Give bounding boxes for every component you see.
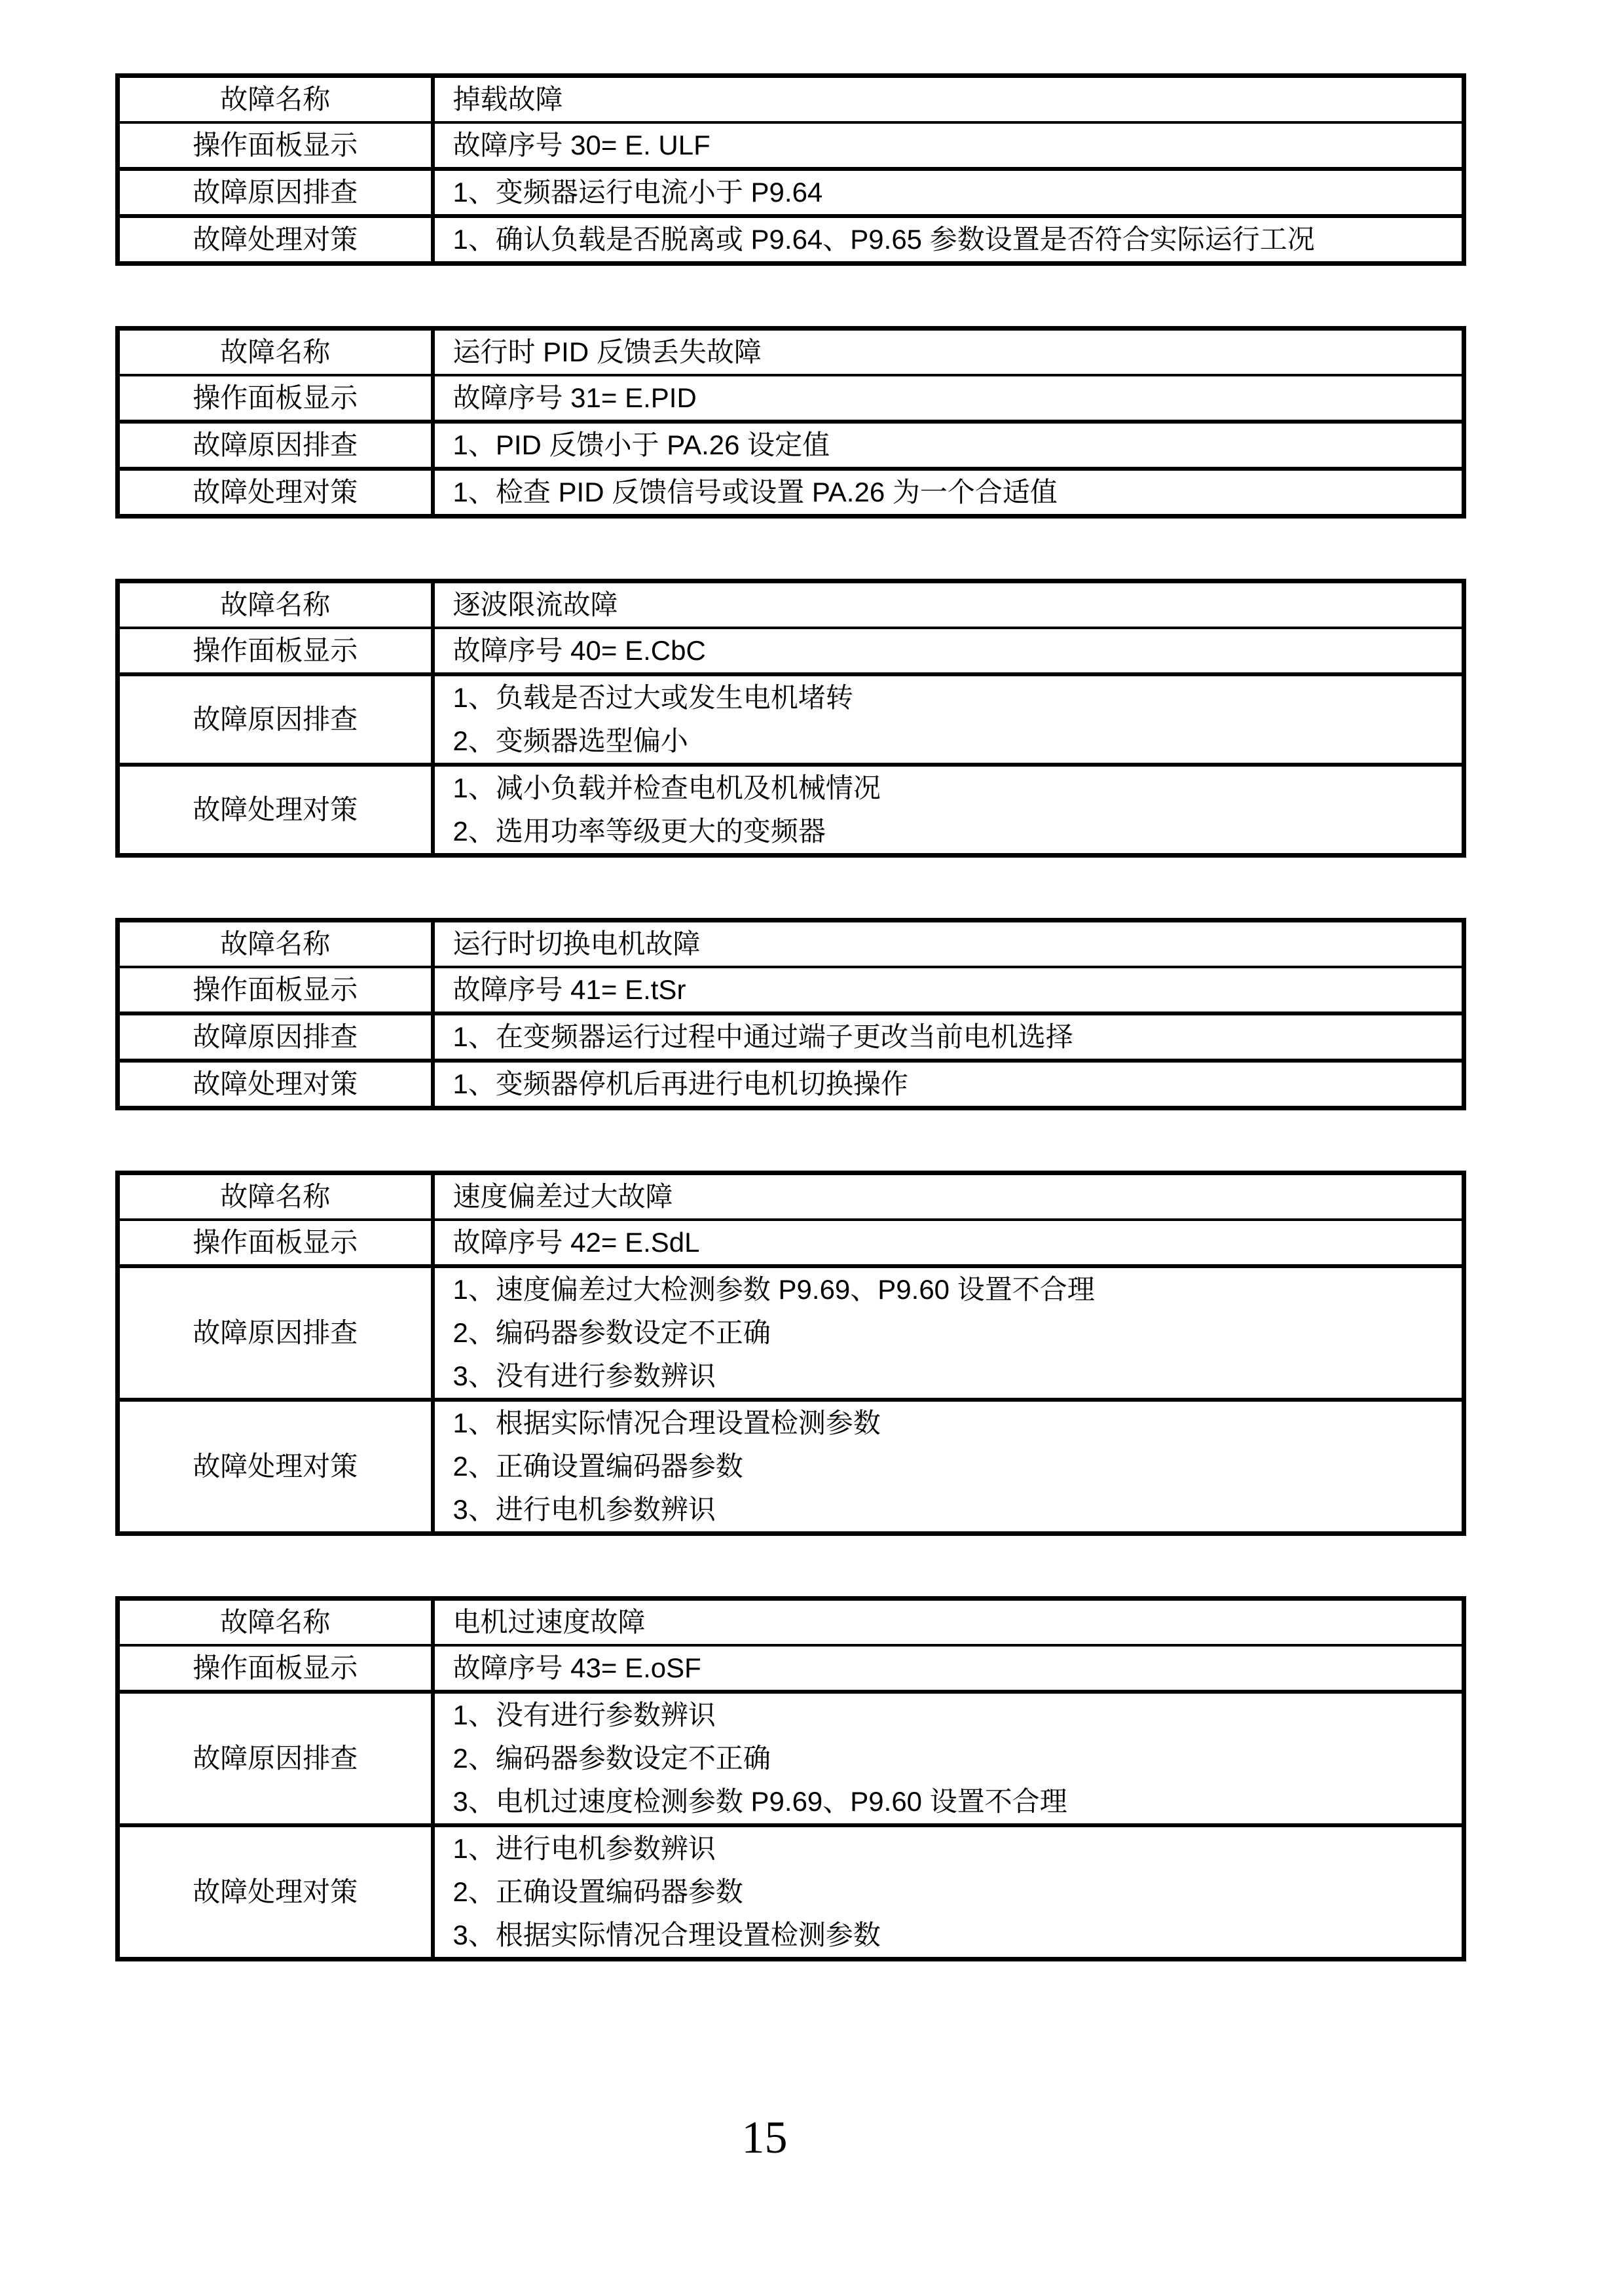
content-line: 1、在变频器运行过程中通过端子更改当前电机选择 [453, 1015, 1457, 1059]
table-row: 故障处理对策 1、确认负载是否脱离或 P9.64、P9.65 参数设置是否符合实… [118, 216, 1464, 264]
content-line: 1、速度偏差过大检测参数 P9.69、P9.60 设置不合理 [453, 1268, 1457, 1311]
fault-table: 故障名称 电机过速度故障 操作面板显示 故障序号 43= E.oSF 故障原因排… [115, 1596, 1466, 1961]
row-content: 1、速度偏差过大检测参数 P9.69、P9.60 设置不合理2、编码器参数设定不… [433, 1266, 1464, 1400]
content-line: 1、变频器停机后再进行电机切换操作 [453, 1063, 1457, 1106]
row-label: 故障原因排查 [118, 1266, 433, 1400]
row-label: 故障原因排查 [118, 1013, 433, 1061]
content-line: 1、确认负载是否脱离或 P9.64、P9.65 参数设置是否符合实际运行工况 [453, 218, 1457, 261]
page-number: 15 [89, 2112, 1440, 2164]
row-content: 1、PID 反馈小于 PA.26 设定值 [433, 422, 1464, 469]
row-content: 故障序号 30= E. ULF [433, 122, 1464, 169]
content-line: 3、电机过速度检测参数 P9.69、P9.60 设置不合理 [453, 1780, 1457, 1823]
row-label: 故障名称 [118, 1173, 433, 1220]
content-line: 运行时 PID 反馈丢失故障 [453, 331, 1457, 374]
row-content: 掉载故障 [433, 76, 1464, 123]
content-line: 2、正确设置编码器参数 [453, 1870, 1457, 1914]
content-line: 3、没有进行参数辨识 [453, 1355, 1457, 1398]
content-line: 故障序号 43= E.oSF [453, 1647, 1457, 1690]
content-line: 故障序号 30= E. ULF [453, 124, 1457, 167]
row-label: 操作面板显示 [118, 1645, 433, 1692]
content-line: 1、检查 PID 反馈信号或设置 PA.26 为一个合适值 [453, 471, 1457, 514]
row-label: 操作面板显示 [118, 375, 433, 422]
row-label: 操作面板显示 [118, 628, 433, 674]
table-row: 故障处理对策 1、检查 PID 反馈信号或设置 PA.26 为一个合适值 [118, 469, 1464, 517]
row-label: 操作面板显示 [118, 1220, 433, 1266]
row-label: 操作面板显示 [118, 122, 433, 169]
row-content: 1、检查 PID 反馈信号或设置 PA.26 为一个合适值 [433, 469, 1464, 517]
row-content: 速度偏差过大故障 [433, 1173, 1464, 1220]
row-label: 故障处理对策 [118, 1061, 433, 1108]
table-row: 故障原因排查 1、负载是否过大或发生电机堵转2、变频器选型偏小 [118, 674, 1464, 765]
content-line: 运行时切换电机故障 [453, 922, 1457, 966]
row-label: 故障处理对策 [118, 1825, 433, 1959]
content-line: 电机过速度故障 [453, 1601, 1457, 1644]
table-row: 故障名称 速度偏差过大故障 [118, 1173, 1464, 1220]
row-label: 故障名称 [118, 1599, 433, 1646]
row-content: 运行时 PID 反馈丢失故障 [433, 329, 1464, 376]
row-label: 故障处理对策 [118, 469, 433, 517]
content-line: 1、负载是否过大或发生电机堵转 [453, 676, 1457, 720]
table-row: 故障原因排查 1、没有进行参数辨识2、编码器参数设定不正确3、电机过速度检测参数… [118, 1692, 1464, 1825]
row-label: 故障处理对策 [118, 216, 433, 264]
row-content: 故障序号 42= E.SdL [433, 1220, 1464, 1266]
fault-tables: 故障名称 掉载故障 操作面板显示 故障序号 30= E. ULF 故障原因排查 … [115, 73, 1466, 1961]
content-line: 1、PID 反馈小于 PA.26 设定值 [453, 424, 1457, 467]
content-line: 1、变频器运行电流小于 P9.64 [453, 171, 1457, 214]
fault-table: 故障名称 逐波限流故障 操作面板显示 故障序号 40= E.CbC 故障原因排查… [115, 579, 1466, 858]
row-label: 故障名称 [118, 76, 433, 123]
content-line: 逐波限流故障 [453, 583, 1457, 627]
row-content: 1、变频器运行电流小于 P9.64 [433, 169, 1464, 216]
table-row: 故障原因排查 1、速度偏差过大检测参数 P9.69、P9.60 设置不合理2、编… [118, 1266, 1464, 1400]
content-line: 故障序号 42= E.SdL [453, 1221, 1457, 1264]
table-row: 故障原因排查 1、变频器运行电流小于 P9.64 [118, 169, 1464, 216]
row-content: 故障序号 31= E.PID [433, 375, 1464, 422]
content-line: 掉载故障 [453, 78, 1457, 121]
content-line: 3、根据实际情况合理设置检测参数 [453, 1914, 1457, 1957]
row-label: 故障名称 [118, 581, 433, 629]
row-content: 1、变频器停机后再进行电机切换操作 [433, 1061, 1464, 1108]
row-content: 电机过速度故障 [433, 1599, 1464, 1646]
content-line: 故障序号 40= E.CbC [453, 629, 1457, 672]
row-label: 故障原因排查 [118, 422, 433, 469]
row-label: 操作面板显示 [118, 967, 433, 1013]
row-content: 1、减小负载并检查电机及机械情况2、选用功率等级更大的变频器 [433, 765, 1464, 856]
row-content: 1、确认负载是否脱离或 P9.64、P9.65 参数设置是否符合实际运行工况 [433, 216, 1464, 264]
row-label: 故障名称 [118, 329, 433, 376]
row-label: 故障处理对策 [118, 765, 433, 856]
table-row: 故障名称 运行时 PID 反馈丢失故障 [118, 329, 1464, 376]
row-content: 1、没有进行参数辨识2、编码器参数设定不正确3、电机过速度检测参数 P9.69、… [433, 1692, 1464, 1825]
table-row: 故障原因排查 1、PID 反馈小于 PA.26 设定值 [118, 422, 1464, 469]
table-row: 故障处理对策 1、变频器停机后再进行电机切换操作 [118, 1061, 1464, 1108]
content-line: 2、变频器选型偏小 [453, 720, 1457, 763]
table-row: 故障处理对策 1、根据实际情况合理设置检测参数2、正确设置编码器参数3、进行电机… [118, 1400, 1464, 1534]
content-line: 3、进行电机参数辨识 [453, 1488, 1457, 1531]
table-row: 操作面板显示 故障序号 41= E.tSr [118, 967, 1464, 1013]
fault-table: 故障名称 运行时切换电机故障 操作面板显示 故障序号 41= E.tSr 故障原… [115, 918, 1466, 1110]
table-row: 操作面板显示 故障序号 42= E.SdL [118, 1220, 1464, 1266]
table-row: 故障原因排查 1、在变频器运行过程中通过端子更改当前电机选择 [118, 1013, 1464, 1061]
row-content: 故障序号 40= E.CbC [433, 628, 1464, 674]
content-line: 2、选用功率等级更大的变频器 [453, 810, 1457, 853]
table-row: 故障名称 运行时切换电机故障 [118, 920, 1464, 968]
row-content: 故障序号 43= E.oSF [433, 1645, 1464, 1692]
row-content: 1、在变频器运行过程中通过端子更改当前电机选择 [433, 1013, 1464, 1061]
row-content: 1、进行电机参数辨识2、正确设置编码器参数3、根据实际情况合理设置检测参数 [433, 1825, 1464, 1959]
content-line: 1、根据实际情况合理设置检测参数 [453, 1402, 1457, 1445]
content-line: 故障序号 41= E.tSr [453, 968, 1457, 1011]
row-content: 1、根据实际情况合理设置检测参数2、正确设置编码器参数3、进行电机参数辨识 [433, 1400, 1464, 1534]
row-content: 逐波限流故障 [433, 581, 1464, 629]
row-label: 故障处理对策 [118, 1400, 433, 1534]
content-line: 速度偏差过大故障 [453, 1175, 1457, 1218]
content-line: 1、没有进行参数辨识 [453, 1694, 1457, 1737]
row-label: 故障原因排查 [118, 1692, 433, 1825]
table-row: 故障名称 逐波限流故障 [118, 581, 1464, 629]
content-line: 2、正确设置编码器参数 [453, 1445, 1457, 1488]
page-content: 故障名称 掉载故障 操作面板显示 故障序号 30= E. ULF 故障原因排查 … [115, 0, 1466, 2164]
row-content: 1、负载是否过大或发生电机堵转2、变频器选型偏小 [433, 674, 1464, 765]
table-row: 故障处理对策 1、减小负载并检查电机及机械情况2、选用功率等级更大的变频器 [118, 765, 1464, 856]
table-row: 故障处理对策 1、进行电机参数辨识2、正确设置编码器参数3、根据实际情况合理设置… [118, 1825, 1464, 1959]
table-row: 故障名称 掉载故障 [118, 76, 1464, 123]
row-content: 故障序号 41= E.tSr [433, 967, 1464, 1013]
fault-table: 故障名称 运行时 PID 反馈丢失故障 操作面板显示 故障序号 31= E.PI… [115, 326, 1466, 519]
row-label: 故障名称 [118, 920, 433, 968]
table-row: 操作面板显示 故障序号 43= E.oSF [118, 1645, 1464, 1692]
content-line: 2、编码器参数设定不正确 [453, 1737, 1457, 1780]
row-label: 故障原因排查 [118, 169, 433, 216]
row-content: 运行时切换电机故障 [433, 920, 1464, 968]
fault-table: 故障名称 速度偏差过大故障 操作面板显示 故障序号 42= E.SdL 故障原因… [115, 1171, 1466, 1536]
table-row: 故障名称 电机过速度故障 [118, 1599, 1464, 1646]
table-row: 操作面板显示 故障序号 30= E. ULF [118, 122, 1464, 169]
table-row: 操作面板显示 故障序号 40= E.CbC [118, 628, 1464, 674]
row-label: 故障原因排查 [118, 674, 433, 765]
fault-table: 故障名称 掉载故障 操作面板显示 故障序号 30= E. ULF 故障原因排查 … [115, 73, 1466, 266]
content-line: 2、编码器参数设定不正确 [453, 1311, 1457, 1355]
content-line: 故障序号 31= E.PID [453, 376, 1457, 420]
table-row: 操作面板显示 故障序号 31= E.PID [118, 375, 1464, 422]
content-line: 1、减小负载并检查电机及机械情况 [453, 767, 1457, 810]
content-line: 1、进行电机参数辨识 [453, 1827, 1457, 1870]
